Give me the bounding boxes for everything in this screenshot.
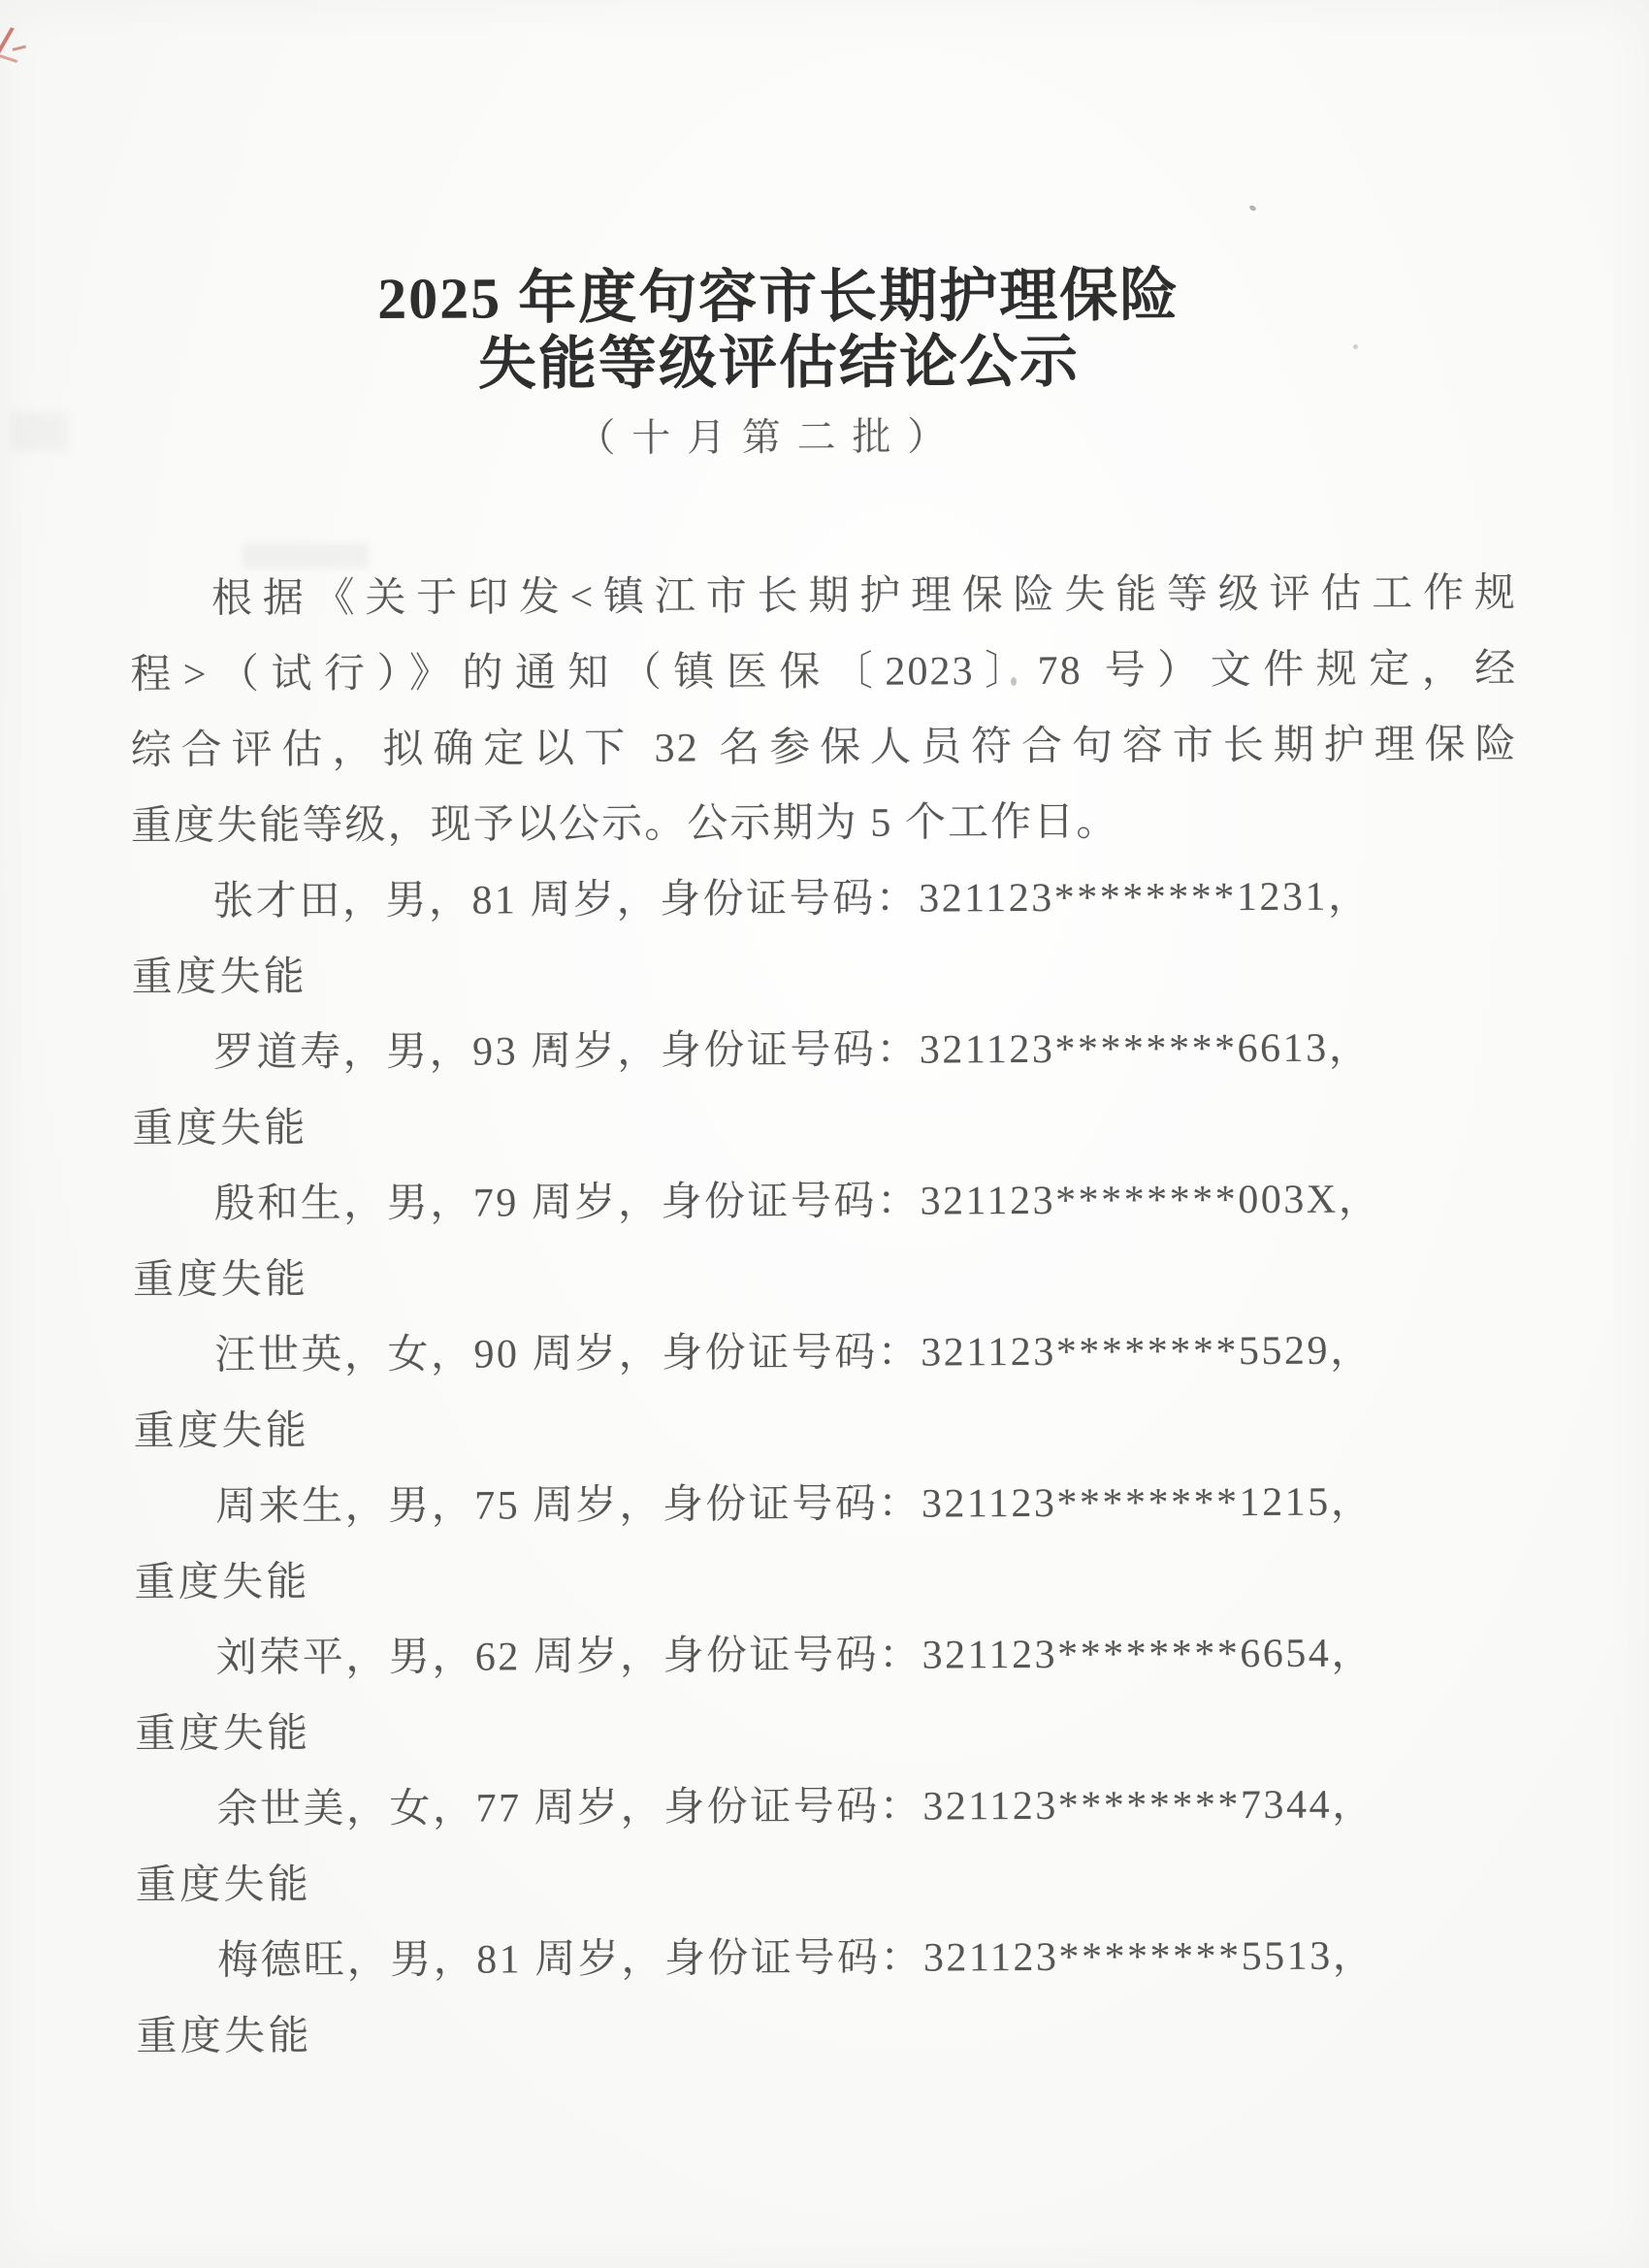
entry-item: 殷和生，男，79 周岁，身份证号码：321123********003X，重度失… — [133, 1161, 1521, 1318]
document-content: 2025 年度句容市长期护理保险 失能等级评估结论公示 （十月第二批） 根据《关… — [127, 0, 1523, 2075]
document-title-line2: 失能等级评估结论公示 — [478, 330, 1080, 397]
scan-artifact-red-mark — [0, 27, 33, 63]
entry-person-line: 殷和生，男，79 周岁，身份证号码：321123********003X， — [133, 1161, 1520, 1243]
entry-person-line: 余世美，女，77 周岁，身份证号码：321123********7344， — [135, 1766, 1522, 1848]
entry-grade-line: 重度失能 — [136, 1842, 1523, 1924]
entry-item: 周来生，男，75 周岁，身份证号码：321123********1215，重度失… — [134, 1464, 1522, 1621]
entry-item: 罗道寿，男，93 周岁，身份证号码：321123********6613，重度失… — [132, 1010, 1520, 1167]
entry-person-line: 梅德旺，男，81 周岁，身份证号码：321123********5513， — [136, 1918, 1523, 1999]
entry-grade-line: 重度失能 — [134, 1539, 1521, 1621]
entry-item: 张才田，男，81 周岁，身份证号码：321123********1231，重度失… — [131, 859, 1519, 1016]
intro-paragraph: 根据《关于印发<镇江市长期护理保险失能等级评估工作规程>（试行）》的通知（镇医保… — [130, 556, 1518, 864]
entry-item: 梅德旺，男，81 周岁，身份证号码：321123********5513，重度失… — [136, 1918, 1524, 2075]
entry-grade-line: 重度失能 — [132, 1085, 1519, 1167]
entry-person-line: 罗道寿，男，93 周岁，身份证号码：321123********6613， — [132, 1010, 1519, 1091]
entry-person-line: 周来生，男，75 周岁，身份证号码：321123********1215， — [134, 1464, 1521, 1545]
scan-artifact-red-mark — [13, 45, 29, 60]
scan-artifact-smudge — [10, 412, 68, 451]
intro-line: 程>（试行）》的通知（镇医保〔2023〕78 号）文件规定，经 — [130, 632, 1517, 713]
intro-line: 综合评估，拟确定以下 32 名参保人员符合句容市长期护理保险 — [130, 707, 1517, 789]
entry-grade-line: 重度失能 — [131, 934, 1518, 1016]
intro-line: 根据《关于印发<镇江市长期护理保险失能等级评估工作规 — [130, 556, 1517, 637]
entry-item: 刘荣平，男，62 周岁，身份证号码：321123********6654，重度失… — [135, 1615, 1523, 1772]
entry-item: 汪世英，女，90 周岁，身份证号码：321123********5529，重度失… — [133, 1312, 1521, 1470]
intro-line: 重度失能等级，现予以公示。公示期为 5 个工作日。 — [131, 783, 1518, 864]
document-title: 2025 年度句容市长期护理保险 失能等级评估结论公示 — [128, 261, 1516, 399]
entries-list: 张才田，男，81 周岁，身份证号码：321123********1231，重度失… — [131, 859, 1523, 2075]
document-subtitle: （十月第二批） — [129, 410, 1516, 465]
entry-grade-line: 重度失能 — [134, 1388, 1521, 1470]
entry-grade-line: 重度失能 — [135, 1691, 1522, 1772]
scanned-document-page: 2025 年度句容市长期护理保险 失能等级评估结论公示 （十月第二批） 根据《关… — [0, 0, 1649, 2268]
document-title-line1: 2025 年度句容市长期护理保险 — [377, 263, 1180, 331]
entry-person-line: 刘荣平，男，62 周岁，身份证号码：321123********6654， — [135, 1615, 1522, 1697]
entry-grade-line: 重度失能 — [133, 1237, 1520, 1318]
entry-person-line: 汪世英，女，90 周岁，身份证号码：321123********5529， — [133, 1312, 1520, 1394]
entry-person-line: 张才田，男，81 周岁，身份证号码：321123********1231， — [131, 859, 1518, 940]
document-body: 根据《关于印发<镇江市长期护理保险失能等级评估工作规程>（试行）》的通知（镇医保… — [130, 556, 1524, 2075]
entry-grade-line: 重度失能 — [136, 1993, 1523, 2075]
entry-item: 余世美，女，77 周岁，身份证号码：321123********7344，重度失… — [135, 1766, 1523, 1924]
